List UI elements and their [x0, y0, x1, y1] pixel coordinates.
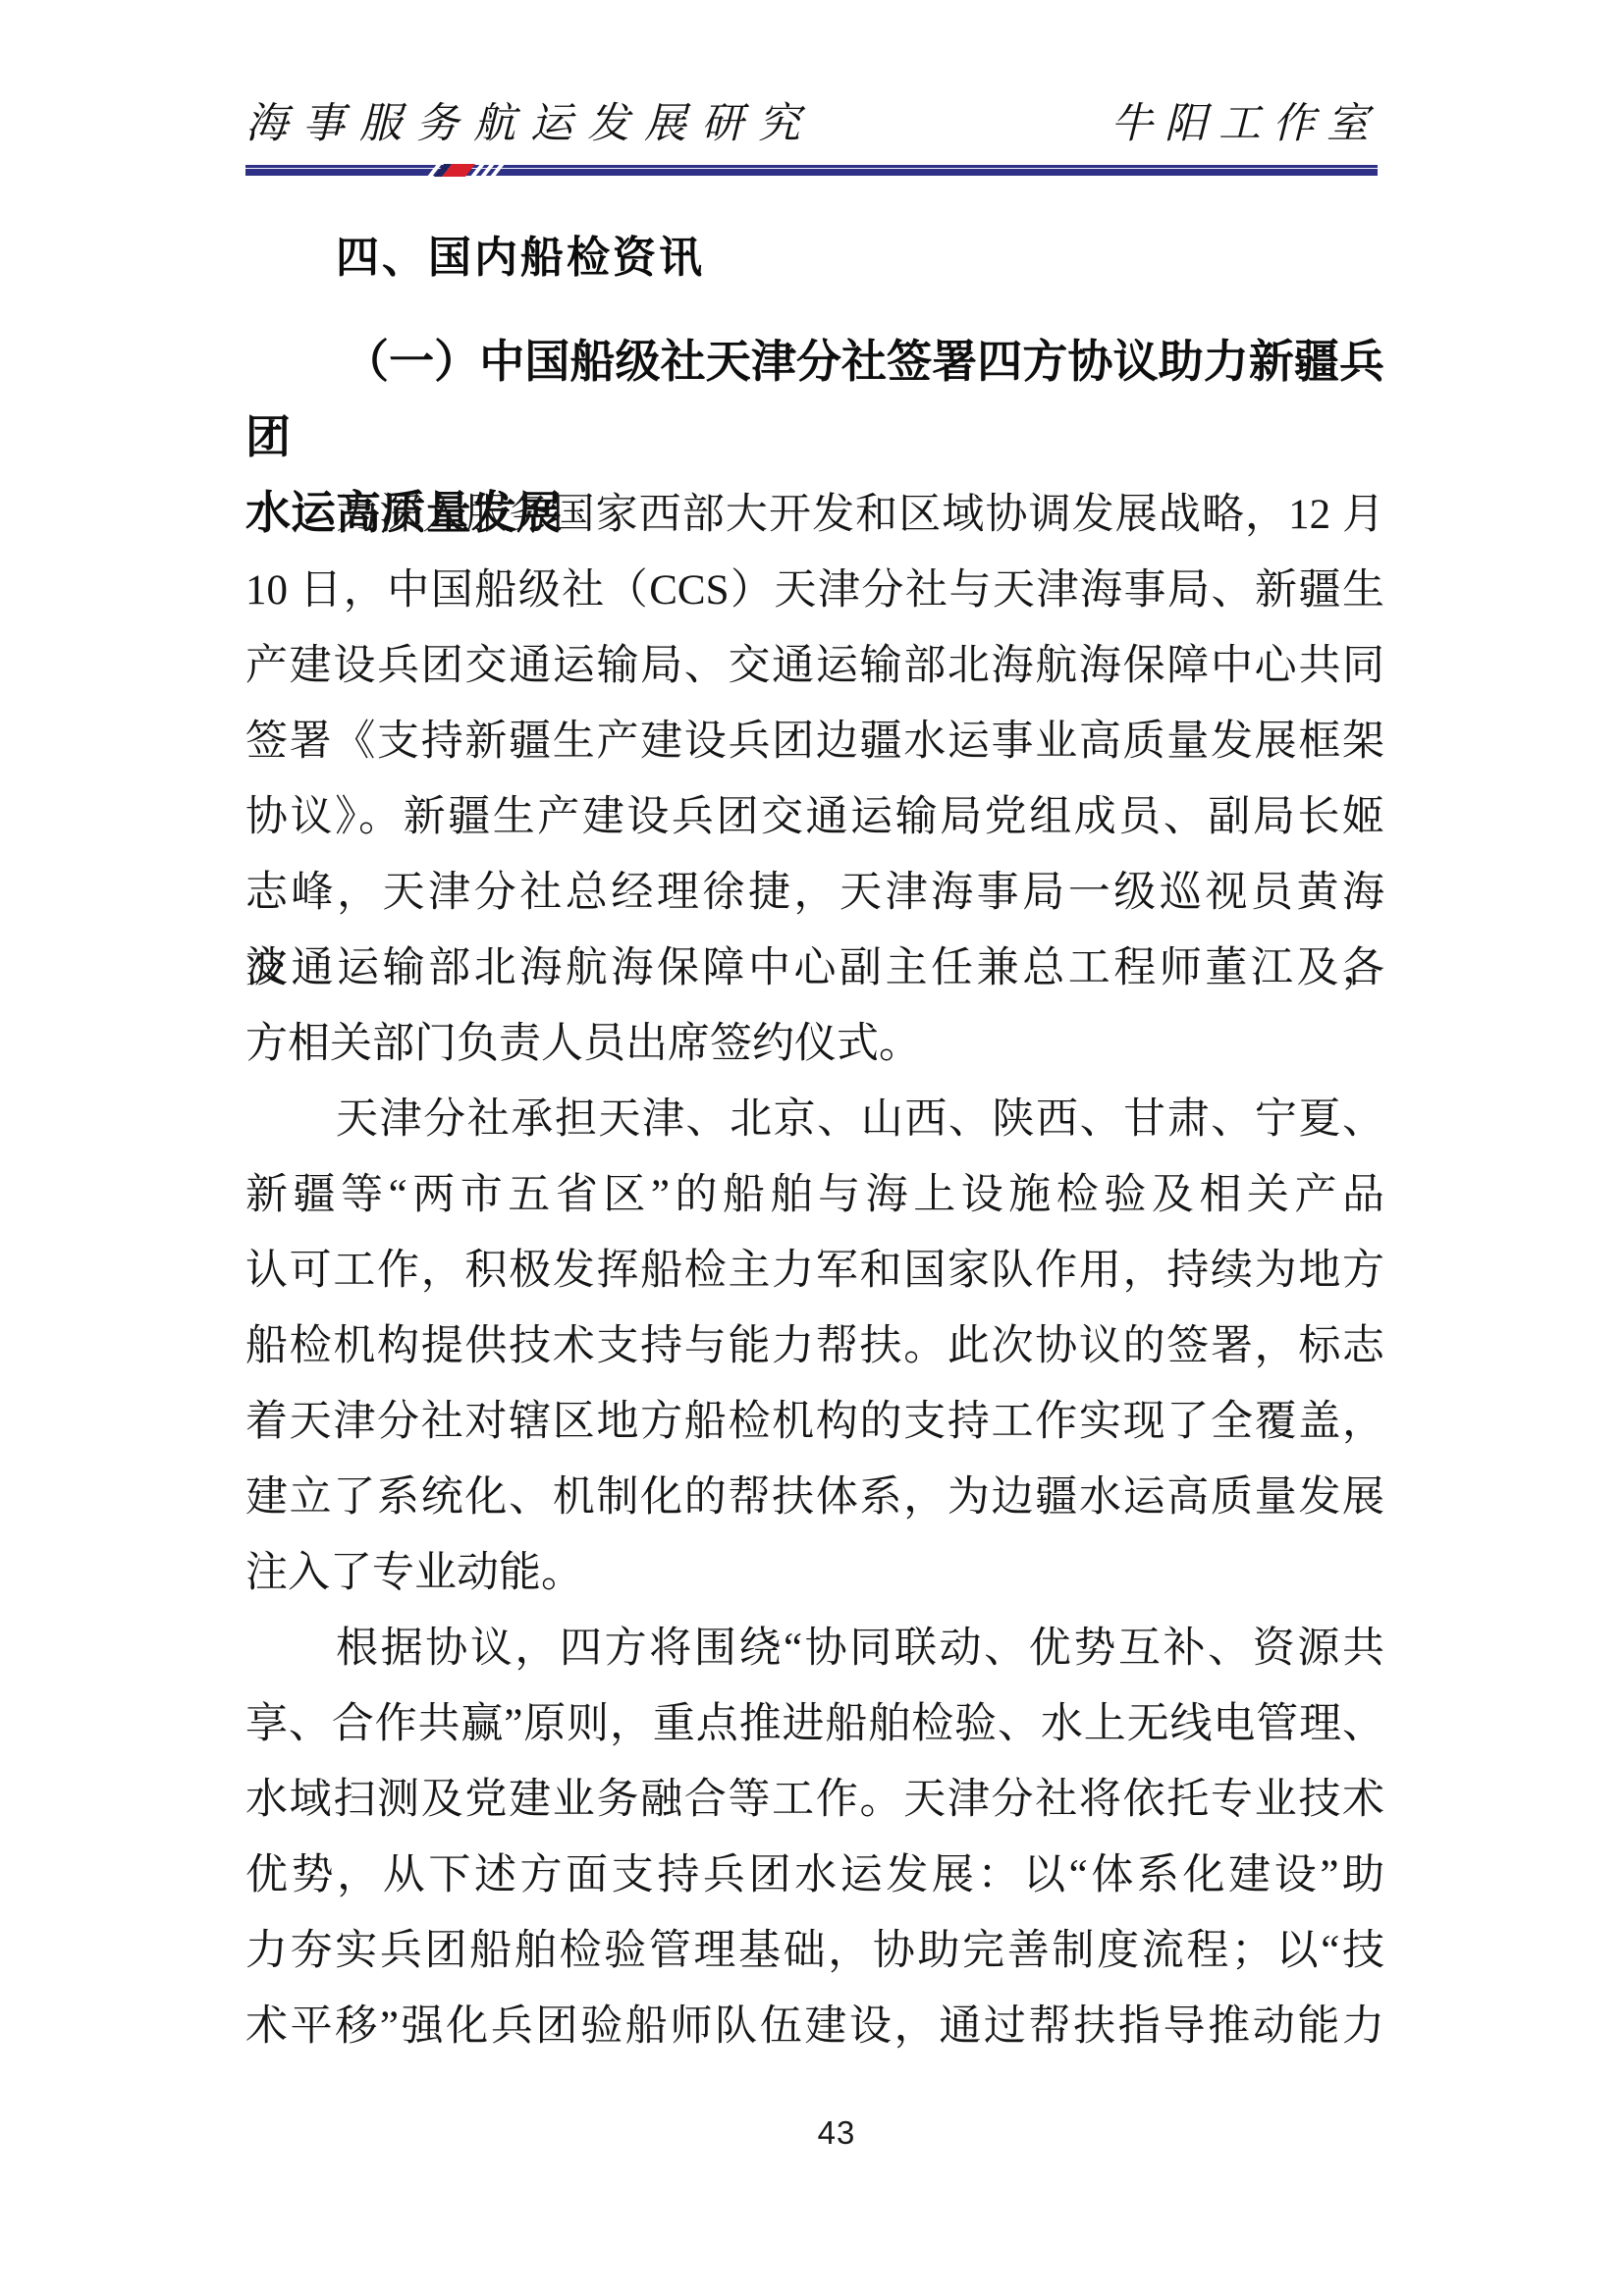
- body-line: 签署《支持新疆生产建设兵团边疆水运事业高质量发展框架: [245, 704, 1384, 779]
- body-line: 交通运输部北海航海保障中心副主任兼总工程师董江及各: [245, 931, 1384, 1006]
- page-footer: 43: [245, 2114, 1384, 2152]
- body-line: 产建设兵团交通运输局、交通运输部北海航海保障中心共同: [245, 628, 1384, 704]
- body-line: 水域扫测及党建业务融合等工作。天津分社将依托专业技术: [245, 1762, 1384, 1838]
- body-line: 天津分社承担天津、北京、山西、陕西、甘肃、宁夏、: [245, 1082, 1384, 1157]
- body-line: 优势，从下述方面支持兵团水运发展：以“体系化建设”助: [245, 1838, 1384, 1913]
- body-line: 术平移”强化兵团验船师队伍建设，通过帮扶指导推动能力: [245, 1989, 1384, 2064]
- page-number: 43: [818, 2114, 856, 2152]
- running-header: 海事服务航运发展研究 牛阳工作室: [245, 90, 1380, 150]
- body-line: 协议》。新疆生产建设兵团交通运输局党组成员、副局长姬: [245, 779, 1384, 855]
- body-line: 志峰，天津分社总经理徐捷，天津海事局一级巡视员黄海波，: [245, 855, 1384, 931]
- subheading-line-1: （一）中国船级社天津分社签署四方协议助力新疆兵团: [245, 324, 1384, 475]
- body-text: 为深入服务国家西部大开发和区域协调发展战略，12 月10 日，中国船级社（CCS…: [245, 477, 1384, 2064]
- header-divider-bar: [245, 165, 1378, 176]
- body-line: 船检机构提供技术支持与能力帮扶。此次协议的签署，标志: [245, 1308, 1384, 1384]
- body-line: 根据协议，四方将围绕“协同联动、优势互补、资源共: [245, 1611, 1384, 1686]
- section-heading: 四、国内船检资讯: [336, 222, 705, 285]
- body-line: 方相关部门负责人员出席签约仪式。: [245, 1006, 1384, 1082]
- body-line: 10 日，中国船级社（CCS）天津分社与天津海事局、新疆生: [245, 553, 1384, 628]
- body-line: 着天津分社对辖区地方船检机构的支持工作实现了全覆盖，: [245, 1384, 1384, 1460]
- header-left-title: 海事服务航运发展研究: [245, 90, 815, 150]
- body-line: 为深入服务国家西部大开发和区域协调发展战略，12 月: [245, 477, 1384, 553]
- document-page: 海事服务航运发展研究 牛阳工作室 四、国内船检资讯 （一）中国船级社天津分社签署…: [0, 0, 1624, 2296]
- header-right-title: 牛阳工作室: [1110, 90, 1380, 150]
- body-line: 认可工作，积极发挥船检主力军和国家队作用，持续为地方: [245, 1233, 1384, 1308]
- body-line: 新疆等“两市五省区”的船舶与海上设施检验及相关产品: [245, 1157, 1384, 1233]
- body-line: 建立了系统化、机制化的帮扶体系，为边疆水运高质量发展: [245, 1460, 1384, 1535]
- body-line: 力夯实兵团船舶检验管理基础，协助完善制度流程；以“技: [245, 1913, 1384, 1989]
- divider-hairline: [245, 168, 1378, 169]
- body-line: 注入了专业动能。: [245, 1535, 1384, 1611]
- body-line: 享、合作共赢”原则，重点推进船舶检验、水上无线电管理、: [245, 1686, 1384, 1762]
